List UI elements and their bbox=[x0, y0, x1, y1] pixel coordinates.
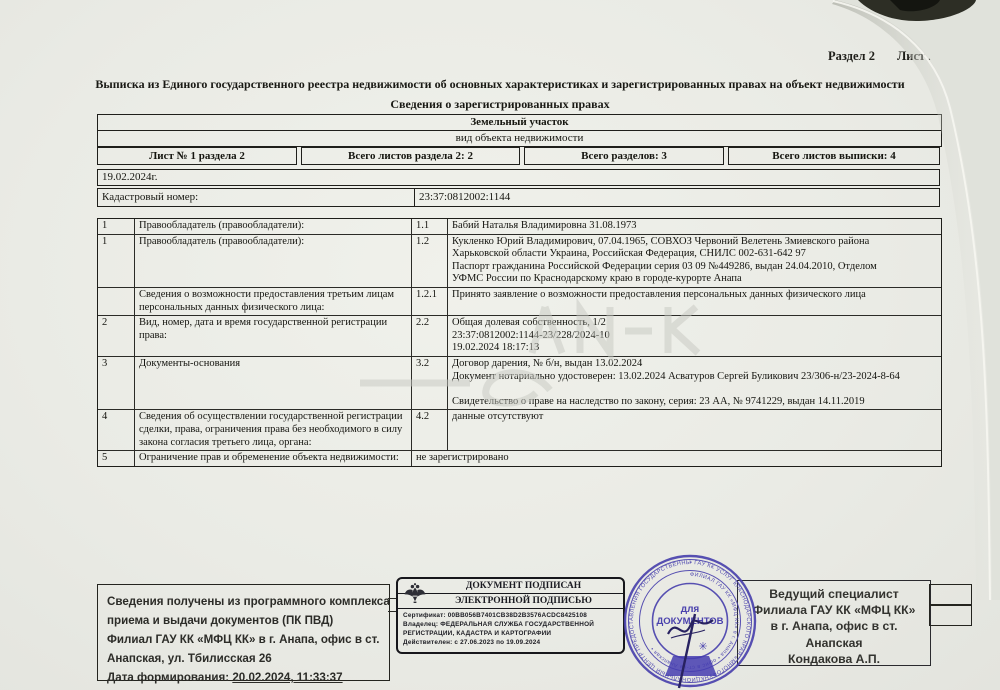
stamp-star: ✳ bbox=[698, 641, 707, 653]
specialist-line: Анапская bbox=[738, 635, 930, 651]
specialist-box: Ведущий специалист Филиала ГАУ КК «МФЦ К… bbox=[737, 580, 931, 666]
extract-date-row: 19.02.2024г. bbox=[97, 169, 940, 186]
row-number: 2 bbox=[98, 316, 135, 356]
specialist-line: Ведущий специалист bbox=[738, 586, 930, 602]
row-subnumber: 1.1 bbox=[412, 219, 448, 234]
document-subtitle: Сведения о зарегистрированных правах bbox=[60, 97, 940, 112]
stamp-center-line-1: для bbox=[681, 604, 700, 615]
row-subnumber: 4.2 bbox=[412, 410, 448, 450]
row-number: 1 bbox=[98, 235, 135, 287]
row-value: не зарегистрировано bbox=[412, 451, 941, 466]
stamp-bottom-band bbox=[665, 656, 717, 676]
row-value: Общая долевая собственность, 1/2 23:37:0… bbox=[448, 316, 941, 356]
table-row: 1 Правообладатель (правообладатели): 1.2… bbox=[98, 234, 941, 287]
stamp-title-2: ЭЛЕКТРОННОЙ ПОДПИСЬЮ bbox=[398, 594, 623, 609]
object-type-box: Земельный участок вид объекта недвижимос… bbox=[97, 114, 942, 147]
section-sheet-label: Раздел 2 Лист 2 bbox=[828, 49, 935, 64]
certificate-line: Сертификат: 00BB056B7401CB38D2B3576ACDC8… bbox=[403, 611, 620, 620]
row-label: Вид, номер, дата и время государственной… bbox=[135, 316, 412, 356]
row-number bbox=[98, 288, 135, 315]
owner-line-2: РЕГИСТРАЦИИ, КАДАСТРА И КАРТОГРАФИИ bbox=[403, 629, 620, 638]
table-row: 2 Вид, номер, дата и время государственн… bbox=[98, 315, 941, 356]
cadastral-value: 23:37:0812002:1144 bbox=[415, 189, 514, 206]
info-line: Анапская, ул. Тбилисская 26 bbox=[107, 649, 382, 668]
sheet-cell: Всего листов выписки: 4 bbox=[728, 147, 940, 165]
side-cell bbox=[929, 584, 972, 605]
validity-line: Действителен: с 27.06.2023 по 19.09.2024 bbox=[403, 638, 620, 647]
row-subnumber: 3.2 bbox=[412, 357, 448, 409]
info-line: Сведения получены из программного компле… bbox=[107, 592, 382, 611]
sheet-counters-row: Лист № 1 раздела 2 Всего листов раздела … bbox=[97, 147, 940, 165]
side-cell bbox=[929, 605, 972, 626]
document-title: Выписка из Единого государственного реес… bbox=[60, 77, 940, 92]
cadastral-number-row: Кадастровый номер: 23:37:0812002:1144 bbox=[97, 188, 940, 207]
formation-date-line: Дата формирования: 20.02.2024, 11:33:37 bbox=[107, 668, 382, 687]
section-label: Раздел 2 bbox=[828, 49, 875, 64]
table-row: 5 Ограничение прав и обременение объекта… bbox=[98, 450, 941, 466]
table-row: 4 Сведения об осуществлении государствен… bbox=[98, 409, 941, 450]
row-subnumber: 1.2 bbox=[412, 235, 448, 287]
sheet-cell: Лист № 1 раздела 2 bbox=[97, 147, 297, 165]
owner-line-1: Владелец: ФЕДЕРАЛЬНАЯ СЛУЖБА ГОСУДАРСТВЕ… bbox=[403, 620, 620, 629]
row-subnumber: 1.2.1 bbox=[412, 288, 448, 315]
info-line: Филиал ГАУ КК «МФЦ КК» в г. Анапа, офис … bbox=[107, 630, 382, 649]
scanned-document-page: Раздел 2 Лист 2 Выписка из Единого госуд… bbox=[0, 0, 1000, 690]
specialist-line: Филиала ГАУ КК «МФЦ КК» bbox=[738, 602, 930, 618]
formation-date-value: 20.02.2024, 11:33:37 bbox=[232, 671, 342, 684]
specialist-name: Кондакова А.П. bbox=[738, 651, 930, 667]
row-value: Принято заявление о возможности предоста… bbox=[448, 288, 941, 315]
row-label: Документы-основания bbox=[135, 357, 412, 409]
row-value: Договор дарения, № б/н, выдан 13.02.2024… bbox=[448, 357, 941, 409]
sheet-cell: Всего разделов: 3 bbox=[524, 147, 724, 165]
object-type-value: Земельный участок bbox=[98, 115, 941, 131]
digital-signature-stamp: ДОКУМЕНТ ПОДПИСАН ЭЛЕКТРОННОЙ ПОДПИСЬЮ С… bbox=[396, 577, 625, 654]
sheet-label: Лист 2 bbox=[897, 49, 935, 64]
row-number: 1 bbox=[98, 219, 135, 234]
row-value: Бабий Наталья Владимировна 31.08.1973 bbox=[448, 219, 941, 234]
row-value: Кукленко Юрий Владимирович, 07.04.1965, … bbox=[448, 235, 941, 287]
source-info-box: Сведения получены из программного компле… bbox=[97, 584, 390, 681]
object-type-caption: вид объекта недвижимости bbox=[98, 131, 941, 146]
coat-of-arms-icon bbox=[403, 581, 427, 607]
row-number: 3 bbox=[98, 357, 135, 409]
row-label: Ограничение прав и обременение объекта н… bbox=[135, 451, 412, 466]
row-label: Правообладатель (правообладатели): bbox=[135, 235, 412, 287]
table-row: 1 Правообладатель (правообладатели): 1.1… bbox=[98, 219, 941, 234]
rights-table: 1 Правообладатель (правообладатели): 1.1… bbox=[97, 218, 942, 467]
table-row: Сведения о возможности предоставления тр… bbox=[98, 287, 941, 315]
stamp-title-1: ДОКУМЕНТ ПОДПИСАН bbox=[398, 579, 623, 594]
sheet-cell: Всего листов раздела 2: 2 bbox=[301, 147, 520, 165]
row-label: Сведения о возможности предоставления тр… bbox=[135, 288, 412, 315]
info-line: приема и выдачи документов (ПК ПВД) bbox=[107, 611, 382, 630]
row-number: 4 bbox=[98, 410, 135, 450]
row-number: 5 bbox=[98, 451, 135, 466]
cadastral-label: Кадастровый номер: bbox=[98, 189, 415, 206]
row-subnumber: 2.2 bbox=[412, 316, 448, 356]
row-label: Сведения об осуществлении государственно… bbox=[135, 410, 412, 450]
round-ink-stamp: • ГАУ КК УСЛУГ КРАСНОДАРСКОГО КРАЯ «МНОГ… bbox=[621, 552, 759, 690]
row-value: данные отсутствуют bbox=[448, 410, 941, 450]
specialist-line: в г. Анапа, офис в ст. bbox=[738, 618, 930, 634]
table-row: 3 Документы-основания 3.2 Договор дарени… bbox=[98, 356, 941, 409]
row-label: Правообладатель (правообладатели): bbox=[135, 219, 412, 234]
